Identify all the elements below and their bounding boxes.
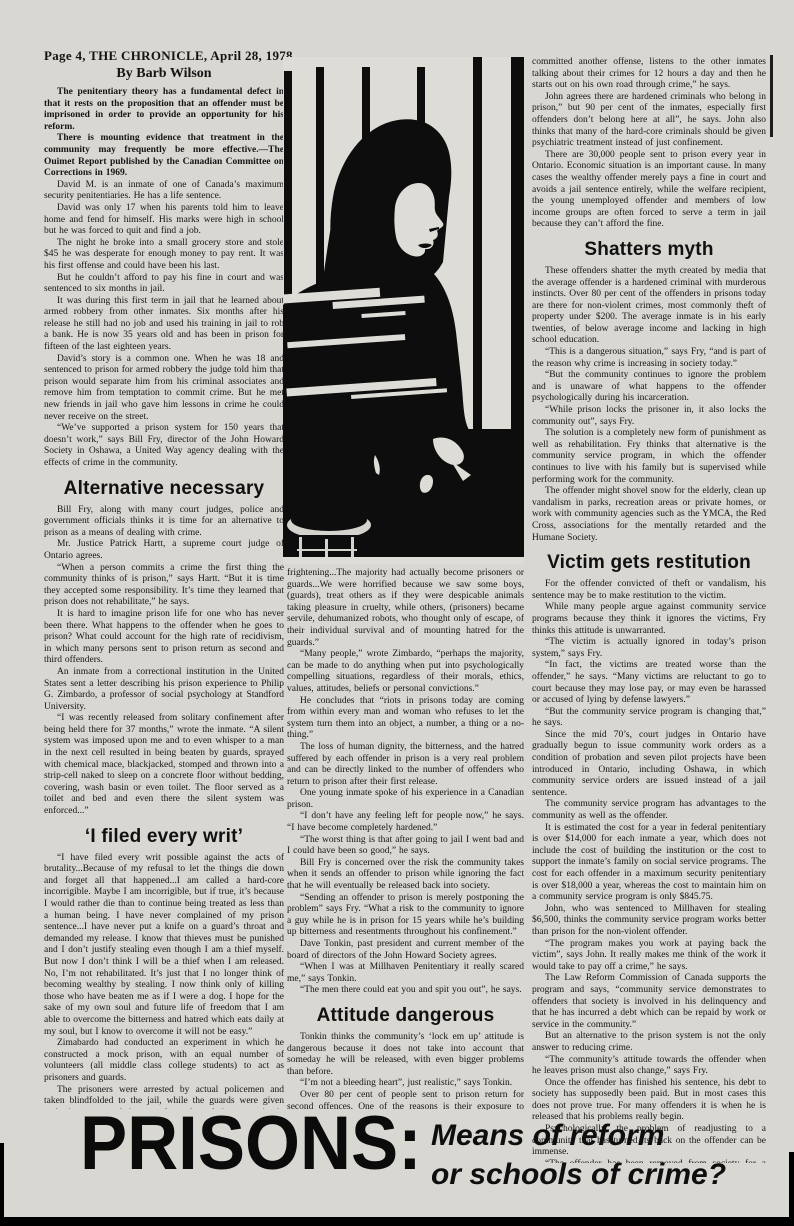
- scan-artifact-right-strip: [789, 1152, 794, 1219]
- article-paragraph: It is hard to imagine prison life for on…: [44, 609, 284, 667]
- article-paragraph: “I don’t have any feeling left for peopl…: [287, 811, 524, 834]
- article-paragraph: “The worst thing is that after going to …: [287, 835, 524, 858]
- article-paragraph: John, who was sentenced to Millhaven for…: [532, 904, 766, 939]
- article-paragraph: One young inmate spoke of his experience…: [287, 788, 524, 811]
- masthead-title: PRISONS:: [80, 1104, 422, 1184]
- article-paragraph: The solution is a completely new form of…: [532, 428, 766, 486]
- article-paragraph: “Many people,” wrote Zimbardo, “perhaps …: [287, 649, 524, 695]
- article-paragraph: Tonkin thinks the community’s ‘lock em u…: [287, 1032, 524, 1078]
- article-paragraph: The loss of human dignity, the bitternes…: [287, 742, 524, 788]
- article-column-1: The penitentiary theory has a fundamenta…: [44, 87, 284, 1109]
- article-paragraph: “I’m not a bleeding heart”, just realist…: [287, 1078, 524, 1090]
- article-paragraph: David M. is an inmate of one of Canada’s…: [44, 180, 284, 203]
- article-paragraph: For the offender convicted of theft or v…: [532, 579, 766, 602]
- masthead-subtitle-line1: Means of reform: [431, 1116, 761, 1155]
- article-paragraph: There are 30,000 people sent to prison e…: [532, 150, 766, 231]
- article-paragraph: Bill Fry, along with many court judges, …: [44, 505, 284, 540]
- article-column-2: frightening...The majority had actually …: [287, 568, 524, 1110]
- masthead-subtitle: Means of reform or schools of crime?: [431, 1116, 761, 1194]
- article-paragraph: There is mounting evidence that treatmen…: [44, 133, 284, 179]
- article-paragraph: “In fact, the victims are treated worse …: [532, 660, 766, 706]
- article-paragraph: “I was recently released from solitary c…: [44, 713, 284, 817]
- article-paragraph: “The program makes you work at paying ba…: [532, 939, 766, 974]
- section-heading: ‘I filed every writ’: [44, 826, 284, 848]
- article-paragraph: The Law Reform Commission of Canada supp…: [532, 973, 766, 1031]
- article-paragraph: “But the community continues to ignore t…: [532, 370, 766, 405]
- article-paragraph: But an alternative to the prison system …: [532, 1031, 766, 1054]
- article-paragraph: While many people argue against communit…: [532, 602, 766, 637]
- article-paragraph: Dave Tonkin, past president and current …: [287, 939, 524, 962]
- scan-artifact-bottom-bar: [0, 1217, 794, 1226]
- article-paragraph: “The men there could eat you and spit yo…: [287, 985, 524, 997]
- article-paragraph: “When a person commits a crime the first…: [44, 563, 284, 609]
- article-paragraph: It is estimated the cost for a year in f…: [532, 823, 766, 904]
- article-paragraph: “While prison locks the prisoner in, it …: [532, 405, 766, 428]
- scan-artifact-line: [770, 55, 773, 137]
- article-paragraph: “The victim is actually ignored in today…: [532, 637, 766, 660]
- article-paragraph: frightening...The majority had actually …: [287, 568, 524, 649]
- article-paragraph: He concludes that “riots in prisons toda…: [287, 696, 524, 742]
- article-paragraph: “I have filed every writ possible agains…: [44, 853, 284, 1039]
- article-paragraph: Since the mid 70’s, court judges in Onta…: [532, 730, 766, 800]
- article-paragraph: These offenders shatter the myth created…: [532, 266, 766, 347]
- article-paragraph: An inmate from a correctional institutio…: [44, 667, 284, 713]
- article-paragraph: The penitentiary theory has a fundamenta…: [44, 87, 284, 133]
- section-heading: Shatters myth: [532, 239, 766, 261]
- article-paragraph: committed another offense, listens to th…: [532, 57, 766, 92]
- article-paragraph: David was only 17 when his parents told …: [44, 203, 284, 238]
- article-paragraph: But he couldn’t afford to pay his fine i…: [44, 273, 284, 296]
- section-heading: Attitude dangerous: [287, 1005, 524, 1027]
- article-paragraph: “When I was at Millhaven Penitentiary it…: [287, 962, 524, 985]
- article-column-3: committed another offense, listens to th…: [532, 57, 766, 1163]
- article-paragraph: Mr. Justice Patrick Hartt, a supreme cou…: [44, 539, 284, 562]
- article-paragraph: The community service program has advant…: [532, 799, 766, 822]
- article-paragraph: “But the community service program is ch…: [532, 707, 766, 730]
- scan-artifact-left-strip: [0, 1143, 4, 1219]
- masthead-subtitle-line2: or schools of crime?: [431, 1155, 761, 1194]
- prisoner-behind-bars-illustration: [283, 57, 524, 564]
- byline: By Barb Wilson: [44, 66, 284, 82]
- article-paragraph: Zimabardo had conducted an experiment in…: [44, 1038, 284, 1084]
- article-paragraph: It was during this first term in jail th…: [44, 296, 284, 354]
- article-paragraph: Bill Fry is concerned over the risk the …: [287, 858, 524, 893]
- stool: [287, 509, 371, 561]
- article-paragraph: David’s story is a common one. When he w…: [44, 354, 284, 424]
- article-paragraph: John agrees there are hardened criminals…: [532, 92, 766, 150]
- article-paragraph: “We’ve supported a prison system for 150…: [44, 423, 284, 469]
- article-paragraph: “This is a dangerous situation,” says Fr…: [532, 347, 766, 370]
- section-heading: Alternative necessary: [44, 478, 284, 500]
- article-paragraph: “Sending an offender to prison is merely…: [287, 893, 524, 939]
- article-paragraph: The offender might shovel snow for the e…: [532, 486, 766, 544]
- article-paragraph: The night he broke into a small grocery …: [44, 238, 284, 273]
- article-paragraph: “The community’s attitude towards the of…: [532, 1055, 766, 1078]
- newspaper-page: Page 4, THE CHRONICLE, April 28, 1978 By…: [0, 0, 794, 1226]
- section-heading: Victim gets restitution: [532, 552, 766, 574]
